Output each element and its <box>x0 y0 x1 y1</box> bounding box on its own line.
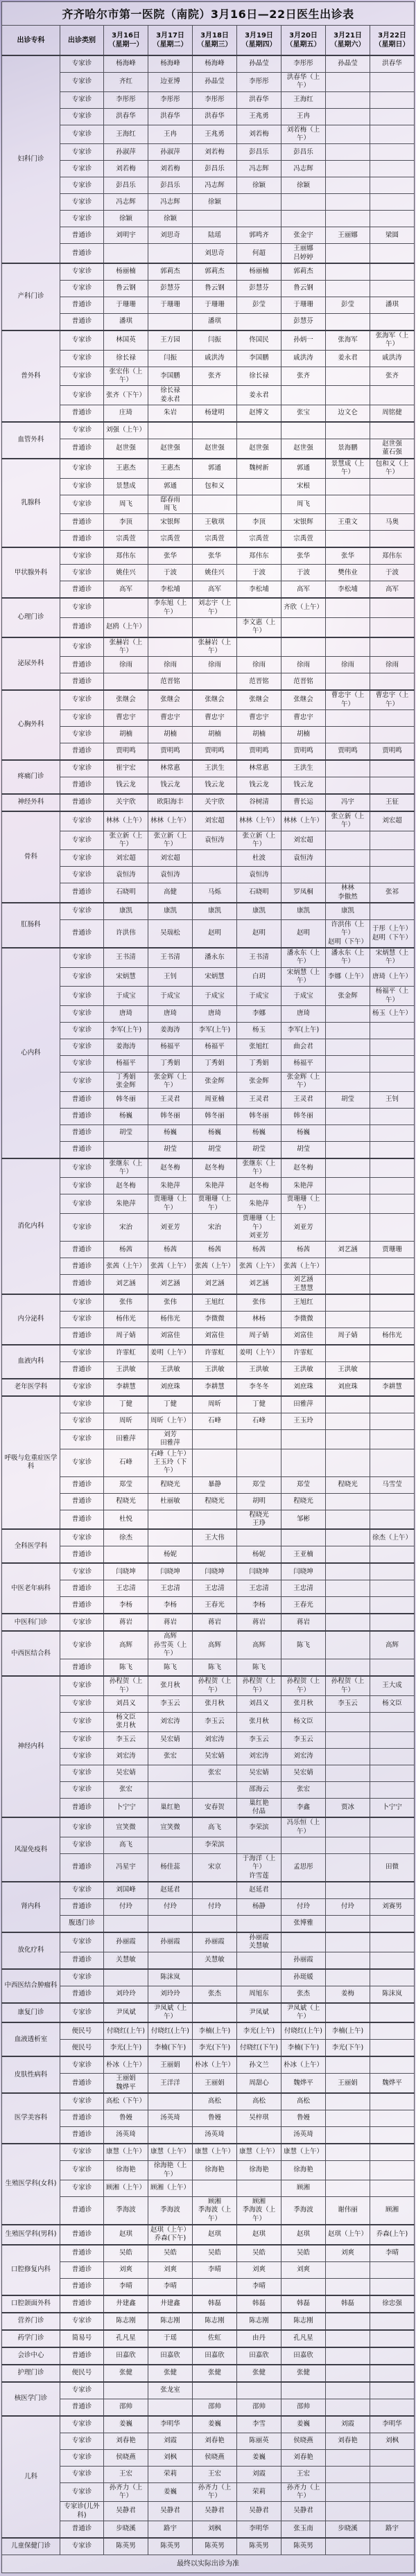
doctor-cell: 宗禹萱 <box>237 531 281 548</box>
department-cell: 药学门诊 <box>2 2330 60 2347</box>
clinic-type-cell: 专家诊 <box>60 2161 104 2180</box>
doctor-cell <box>193 1429 237 1449</box>
doctor-cell: 陈志刚 <box>148 2313 193 2330</box>
clinic-type-cell: 专家诊 <box>60 598 104 617</box>
doctor-cell: 闫晓坤 <box>193 1563 237 1580</box>
department-cell: 血管外科 <box>2 422 60 459</box>
doctor-cell: 胡莹 <box>148 1141 193 1158</box>
clinic-type-cell: 专家诊 <box>60 1614 104 1631</box>
doctor-cell: 卜宁宁 <box>370 1798 415 1817</box>
clinic-type-cell: 专家诊 <box>60 547 104 565</box>
doctor-cell: 刘思奇 <box>148 227 193 244</box>
doctor-cell: 贾珊珊（上午） 刘亚芳 <box>237 1214 281 1242</box>
clinic-type-cell: 普通诊 <box>60 1597 104 1614</box>
doctor-cell <box>370 531 415 548</box>
doctor-cell <box>326 73 370 92</box>
doctor-cell: 刘宏涛 <box>193 1731 237 1748</box>
table-row: 血液透析室便民号付晓红(上午)付晓红(上午)李楠(上午)李光(上午)付晓红(上午… <box>2 2022 415 2040</box>
department-cell: 肛肠科 <box>2 903 60 948</box>
clinic-type-cell: 专家诊 <box>60 2093 104 2110</box>
doctor-cell <box>370 2040 415 2057</box>
table-row: 泌尿外科专家诊张赫岩（上午）张赫岩（上午） <box>2 637 415 657</box>
doctor-cell <box>370 73 415 92</box>
doctor-cell: 姜巍 <box>148 2482 193 2502</box>
doctor-cell: 王洪敏 <box>237 1361 281 1379</box>
doctor-cell <box>326 495 370 514</box>
table-row: 专家诊胡楠胡楠胡楠胡楠胡楠 <box>2 726 415 743</box>
clinic-type-cell: 专家诊 <box>60 760 104 777</box>
doctor-cell: 徐长禄 <box>237 367 281 386</box>
doctor-cell <box>281 2382 326 2399</box>
clinic-type-cell: 专家诊 <box>60 1748 104 1765</box>
table-row: 生殖医学科(女科)专家诊康慧（上午）康慧（上午）康慧（上午）康慧（上午）康慧（上… <box>2 2144 415 2161</box>
doctor-cell: 胡莹 <box>281 1141 326 1158</box>
table-row: 普通诊贾明鸣贾明鸣贾明鸣贾明鸣贾明鸣贾明鸣贾明鸣 <box>2 743 415 760</box>
doctor-cell: 高军 <box>104 581 148 599</box>
doctor-cell: 王丽娜 吕婷婷 <box>281 244 326 263</box>
doctor-cell: 王大伟 <box>193 1529 237 1546</box>
doctor-cell: 付晓红(下午) <box>237 2040 281 2057</box>
clinic-type-cell: 专家诊 <box>60 1882 104 1899</box>
table-row: 专家诊孙齐力（上午）姜巍孙齐力（上午）荣莉孙齐力（上午） <box>2 2482 415 2502</box>
clinic-type-cell: 普通诊 <box>60 1986 104 2003</box>
clinic-type-cell: 专家诊 <box>60 1073 104 1092</box>
doctor-cell <box>281 1529 326 1546</box>
department-cell: 心胸外科 <box>2 690 60 760</box>
doctor-cell: 王洪敏 <box>104 1361 148 1379</box>
doctor-cell <box>370 1731 415 1748</box>
table-row: 普通诊杨巍韩冬丽韩冬丽韩冬丽韩冬丽 <box>2 1108 415 1124</box>
department-cell: 全科医学科 <box>2 1529 60 1563</box>
department-cell: 消化内科 <box>2 1158 60 1294</box>
doctor-cell: 侯晓燕 <box>104 2449 148 2466</box>
doctor-cell <box>326 211 370 227</box>
doctor-cell: 林杨 <box>237 1311 281 1327</box>
doctor-cell: 王洋洋 <box>148 2074 193 2093</box>
doctor-cell: 陈飞 <box>237 1659 281 1677</box>
doctor-cell: 林林（上午） <box>237 811 281 831</box>
doctor-cell: 关宇欣 <box>104 794 148 811</box>
doctor-cell: 程晓光 <box>326 1476 370 1493</box>
department-cell: 神经外科 <box>2 794 60 811</box>
doctor-cell: 于珊珊 <box>148 297 193 314</box>
doctor-cell: 刘庶珠 <box>148 1379 193 1396</box>
doctor-cell: 徐海艳（上午） <box>148 2161 193 2180</box>
doctor-cell <box>148 637 193 657</box>
doctor-cell: 付玲 <box>193 1899 237 1916</box>
doctor-cell: 李荣滨 <box>237 1817 281 1837</box>
doctor-cell: 周甜心 <box>237 2074 281 2093</box>
doctor-cell <box>326 673 370 691</box>
clinic-type-cell: 专家诊 <box>60 1023 104 1039</box>
doctor-cell: 贾冰 <box>326 1798 370 1817</box>
doctor-cell <box>326 2466 370 2482</box>
doctor-cell <box>370 108 415 125</box>
doctor-cell: 赵延君 <box>237 1882 281 1899</box>
doctor-cell <box>281 1837 326 1854</box>
doctor-cell <box>326 637 370 657</box>
doctor-cell: 赵冬梅 <box>281 1158 326 1178</box>
doctor-cell: 刘玲玲 <box>104 1986 148 2003</box>
doctor-cell <box>326 1765 370 1781</box>
doctor-cell: 付晓红(上午) <box>148 2022 193 2040</box>
table-row: 专家诊刘宏超刘宏超杜波袁恒涛 <box>2 850 415 867</box>
doctor-cell: 魏树新 <box>237 459 281 478</box>
doctor-cell <box>281 1449 326 1476</box>
doctor-cell: 宗禹萱 <box>148 531 193 548</box>
doctor-cell: 袁恒涛 <box>148 867 193 883</box>
doctor-cell <box>237 194 281 211</box>
doctor-cell: 刘若梅（上午） <box>281 125 326 144</box>
doctor-cell: 曹忠宇 <box>193 709 237 726</box>
table-row: 专家诊杨文臣 张月秋刘宏涛李玉云张月秋杨文臣 <box>2 1713 415 1732</box>
doctor-cell: 赵鸥（上午） <box>104 617 148 637</box>
footer-row: 最终以实际出诊为准 <box>2 2555 415 2573</box>
doctor-cell <box>148 1510 193 1529</box>
doctor-cell <box>237 1529 281 1546</box>
doctor-cell: 朴冰（上午） <box>281 2056 326 2074</box>
table-row: 内分泌科专家诊张伟张伟王旭红张伟王旭红 <box>2 1294 415 1312</box>
clinic-type-cell: 专家诊 <box>60 850 104 867</box>
doctor-cell <box>281 211 326 227</box>
clinic-type-cell: 专家诊 <box>60 1563 104 1580</box>
department-cell: 风湿免疫科 <box>2 1817 60 1882</box>
doctor-cell <box>326 2449 370 2466</box>
doctor-cell: 李松埔 <box>326 581 370 599</box>
doctor-cell: 鲁嫚 <box>281 2110 326 2127</box>
doctor-cell: 戚洪涛 <box>281 350 326 367</box>
doctor-cell: 于成宝 <box>281 987 326 1006</box>
doctor-cell: 王钊 <box>370 1091 415 1108</box>
doctor-cell: 陈飞 <box>148 1659 193 1677</box>
doctor-cell: 张华 <box>193 547 237 565</box>
doctor-cell <box>237 1969 281 1986</box>
doctor-cell <box>326 1141 370 1158</box>
doctor-cell: 张宏 <box>193 1765 237 1781</box>
doctor-cell: 季海波 <box>104 2196 148 2225</box>
table-row: 产科门诊专家诊杨丽楠郭莉杰郭莉杰杨丽楠郭莉杰 <box>2 263 415 281</box>
department-cell: 内分泌科 <box>2 1294 60 1345</box>
clinic-type-cell: 腹透门诊 <box>60 1916 104 1933</box>
doctor-cell: 王丽娟 <box>148 2056 193 2074</box>
doctor-cell: 闫晓坤 <box>104 1563 148 1580</box>
doctor-cell: 张健 <box>148 2365 193 2382</box>
doctor-cell <box>370 1614 415 1631</box>
table-row: 普通诊李顶宋银辉王敬琪李顶宋银辉王重文马奥 <box>2 514 415 531</box>
doctor-cell: 田嘉欣 <box>193 2347 237 2365</box>
doctor-cell: 邹彬 <box>281 1510 326 1529</box>
department-cell: 血液内科 <box>2 1345 60 1379</box>
table-row: 普通诊卜宁宁巢红艳安春贺巢红艳 付晶李鑫贾冰卜宁宁 <box>2 1798 415 1817</box>
doctor-cell: 孙晶莹 <box>193 73 237 92</box>
doctor-cell: 赵琪 <box>104 2225 148 2245</box>
doctor-cell <box>193 386 237 405</box>
doctor-cell <box>370 1141 415 1158</box>
doctor-cell: 孙晶莹 <box>326 55 370 73</box>
doctor-cell: 汤英琦 <box>193 2127 237 2144</box>
doctor-cell: 杨海峰 <box>104 55 148 73</box>
doctor-cell: 顾湘（上午） <box>104 2180 148 2196</box>
table-row: 普通诊刘明宇刘思奇陆瑶郭鸣齐张金宇王丽娜梁圆 <box>2 227 415 244</box>
doctor-cell: 韩冬丽 <box>193 1108 237 1124</box>
doctor-cell: 王敬琪 <box>193 514 237 531</box>
doctor-cell <box>370 91 415 108</box>
doctor-cell <box>370 1158 415 1178</box>
doctor-cell: 赵世强 董石强 <box>370 439 415 459</box>
department-cell: 中医老年病科 <box>2 1563 60 1614</box>
doctor-cell <box>326 1529 370 1546</box>
doctor-cell <box>370 2056 415 2074</box>
doctor-cell: 杨海峰 <box>148 55 193 73</box>
doctor-cell: 洪春华 <box>237 91 281 108</box>
table-row: 普通诊韩冬丽王灵君周亚楠王灵君王灵君胡莹王钊 <box>2 1091 415 1108</box>
doctor-cell: 张华 <box>148 547 193 565</box>
clinic-type-cell: 普通诊 <box>60 617 104 637</box>
table-row: 专家诊景慧成郭通包和义宋根 <box>2 478 415 495</box>
doctor-cell: 张茜（上午） <box>104 1258 148 1275</box>
department-cell: 口腔修复内科 <box>2 2245 60 2295</box>
doctor-cell: 周子婧 <box>237 1327 281 1345</box>
doctor-cell: 李杨 <box>104 1597 148 1614</box>
clinic-type-cell: 专家诊 <box>60 565 104 581</box>
doctor-cell: 吴静君 <box>281 2502 326 2521</box>
doctor-cell <box>370 2382 415 2399</box>
doctor-cell: 付玲 <box>326 1899 370 1916</box>
doctor-cell: 韩冬丽 <box>148 1108 193 1124</box>
doctor-cell: 刘春艳 <box>104 2433 148 2449</box>
doctor-cell: 张月秋 <box>193 1696 237 1713</box>
clinic-type-cell: 专家诊 <box>60 108 104 125</box>
doctor-cell: 郭通 <box>193 459 237 478</box>
doctor-cell: 田嘉欣 <box>281 2347 326 2365</box>
doctor-cell: 孙珽媛 <box>281 1969 326 1986</box>
doctor-cell: 王惠杰 <box>148 459 193 478</box>
doctor-cell: 欧阳海丰 <box>148 794 193 811</box>
doctor-cell: 王大成 <box>370 1676 415 1695</box>
table-row: 专家诊彭昌乐彭昌乐冯志辉徐颖徐颖 <box>2 177 415 194</box>
doctor-cell: 周铭健 <box>370 405 415 423</box>
clinic-type-cell: 专家诊 <box>60 1039 104 1056</box>
doctor-cell: 宋炳慧 <box>193 967 237 987</box>
doctor-cell <box>370 1124 415 1141</box>
doctor-cell: 刘若梅 <box>193 144 237 161</box>
doctor-cell: 丁秀娟 <box>237 1056 281 1073</box>
clinic-type-cell: 专家诊 <box>60 1731 104 1748</box>
doctor-cell <box>237 1916 281 1933</box>
doctor-cell: 田嘉欣 <box>104 2347 148 2365</box>
doctor-cell <box>104 244 148 263</box>
doctor-cell <box>370 1563 415 1580</box>
clinic-type-cell: 便民号 <box>60 2365 104 2382</box>
department-cell: 神经内科 <box>2 1676 60 1817</box>
doctor-cell <box>370 1510 415 1529</box>
clinic-type-cell: 专家诊 <box>60 967 104 987</box>
doctor-cell: 赵世强 <box>281 439 326 459</box>
doctor-cell <box>370 1311 415 1327</box>
doctor-cell <box>370 1214 415 1242</box>
doctor-cell: 孙程贺（上午） <box>237 1676 281 1695</box>
doctor-cell: 谷树清 <box>237 794 281 811</box>
doctor-cell: 胡明 <box>237 1493 281 1510</box>
department-cell: 泌尿外科 <box>2 637 60 691</box>
doctor-cell: 胡楠 <box>237 726 281 743</box>
doctor-cell <box>370 1073 415 1092</box>
clinic-type-cell: 专家诊 <box>60 1837 104 1854</box>
doctor-cell <box>370 386 415 405</box>
doctor-cell: 陈英男 <box>281 2538 326 2555</box>
doctor-cell: 曹忠宇 <box>148 709 193 726</box>
doctor-cell: 赵琪 <box>193 2225 237 2245</box>
doctor-cell <box>370 1275 415 1294</box>
doctor-cell <box>193 1969 237 1986</box>
doctor-cell: 孔凡星 <box>281 2330 326 2347</box>
doctor-cell: 朱艳萍 <box>193 1178 237 1194</box>
doctor-cell: 袁恒涛 <box>104 867 148 883</box>
table-footer: 最终以实际出诊为准 <box>2 2555 415 2573</box>
doctor-cell: 李鑫 <box>281 1798 326 1817</box>
doctor-cell <box>281 1429 326 1449</box>
doctor-cell <box>326 1713 370 1732</box>
doctor-cell <box>370 1449 415 1476</box>
doctor-cell: 张健 <box>193 2365 237 2382</box>
doctor-cell: 赵冬梅 <box>148 1158 193 1178</box>
table-row: 普通诊刘爽刘爽李晴刘爽刘爽 <box>2 2261 415 2278</box>
doctor-cell: 张伟 <box>104 1294 148 1312</box>
doctor-cell <box>370 194 415 211</box>
doctor-cell: 李荣滨 <box>193 1837 237 1854</box>
doctor-cell: 张健 <box>237 2365 281 2382</box>
doctor-cell: 胡莹 <box>193 1141 237 1158</box>
doctor-cell: 范晋铭 <box>237 673 281 691</box>
table-row: 普通诊于珊珊于珊珊于珊珊彭莹于珊珊彭莹潘琪 <box>2 297 415 314</box>
table-row: 便民号李光(上午)李楠(下午)李光(下午)付晓红(下午)李楠(下午)李光(下午) <box>2 2040 415 2057</box>
doctor-cell: 张宏 <box>281 1781 326 1798</box>
doctor-cell: 彭昌乐 <box>104 177 148 194</box>
doctor-cell: 王灵君 <box>237 1091 281 1108</box>
doctor-cell: 刘国峰 <box>104 1882 148 1899</box>
doctor-cell <box>326 422 370 439</box>
doctor-cell: 顾湘 <box>281 2180 326 2196</box>
doctor-cell: 关宇欣 <box>193 794 237 811</box>
department-cell: 乳腺科 <box>2 459 60 547</box>
doctor-cell: 孙程贺（上午） <box>104 1676 148 1695</box>
doctor-cell: 高松 <box>237 2093 281 2110</box>
table-row: 普通诊宗禹萱宗禹萱宗禹萱宗禹萱宗禹萱 <box>2 531 415 548</box>
table-row: 专家诊李军(上午)姜海涛李军(上午)杨玉李军(上午) <box>2 1023 415 1039</box>
doctor-cell <box>370 125 415 144</box>
doctor-cell: 姜巍 <box>281 2416 326 2433</box>
doctor-cell <box>104 673 148 691</box>
doctor-cell: 杨茜 <box>148 1242 193 1258</box>
doctor-cell: 丁健 <box>104 1396 148 1413</box>
doctor-cell: 高辉 <box>237 1631 281 1659</box>
doctor-cell: 由丹 <box>237 2330 281 2347</box>
doctor-cell: 徐长禄 姜永君 <box>148 386 193 405</box>
clinic-type-cell: 普通诊 <box>60 1361 104 1379</box>
doctor-cell <box>326 1952 370 1969</box>
doctor-cell: 石峰 <box>237 1413 281 1429</box>
clinic-type-cell: 专家诊 <box>60 125 104 144</box>
doctor-cell: 杨巍 <box>148 1124 193 1141</box>
doctor-cell: 钱云龙 <box>104 777 148 794</box>
doctor-cell: 高健 <box>148 883 193 903</box>
table-row: 普通诊杨妮杨妮王亚楠 <box>2 1546 415 1564</box>
doctor-cell: 李娜 <box>237 1006 281 1023</box>
doctor-cell <box>370 2330 415 2347</box>
doctor-cell <box>104 1969 148 1986</box>
doctor-cell <box>370 1294 415 1312</box>
doctor-cell: 曹忠宇（上午） <box>326 690 370 709</box>
department-cell: 肾内科 <box>2 1882 60 1932</box>
doctor-cell: 于海洋（上午） 许雪莲 <box>237 1854 281 1882</box>
doctor-cell <box>326 709 370 726</box>
clinic-type-cell: 普通诊 <box>60 1798 104 1817</box>
doctor-cell: 宣笑微 <box>148 1817 193 1837</box>
clinic-type-cell: 普通诊 <box>60 1510 104 1529</box>
doctor-cell <box>326 1258 370 1275</box>
doctor-cell: 许霏虹 <box>193 1345 237 1362</box>
doctor-cell <box>281 194 326 211</box>
doctor-cell: 徐杰 <box>104 1529 148 1546</box>
doctor-cell <box>370 867 415 883</box>
doctor-cell: 徐颖 <box>104 211 148 227</box>
doctor-cell: 刘宏超 <box>148 850 193 867</box>
doctor-cell: 陈志刚 <box>193 2313 237 2330</box>
doctor-cell: 刘强（上午） <box>104 422 148 439</box>
doctor-cell <box>370 1023 415 1039</box>
doctor-cell: 石晓明 <box>104 883 148 903</box>
table-row: 乳腺科专家诊王惠杰王惠杰郭通魏树新郭通景慧成（上午）包和义（上午） <box>2 459 415 478</box>
doctor-cell: 王洪生 <box>193 760 237 777</box>
doctor-cell <box>326 244 370 263</box>
doctor-cell: 林林（上午） <box>281 811 326 831</box>
doctor-cell: 周飞 <box>104 495 148 514</box>
doctor-cell: 步晓溪 <box>326 2521 370 2538</box>
doctor-cell <box>370 2482 415 2502</box>
table-row: 风湿免疫科专家诊宣笑微宣笑微高飞李荣滨冯乐恒（上午） <box>2 1817 415 1837</box>
table-row: 普通诊赵世强赵世强赵世强赵世强赵世强景海鹏赵世强 董石强 <box>2 439 415 459</box>
doctor-cell: 张赫岩（上午） <box>193 637 237 657</box>
doctor-cell <box>193 2278 237 2295</box>
table-row: 专家诊袁恒涛袁恒涛袁恒涛 <box>2 867 415 883</box>
doctor-cell: 冯宇 <box>326 794 370 811</box>
doctor-cell <box>326 91 370 108</box>
clinic-type-cell: 便民号 <box>60 2040 104 2057</box>
column-header: 3月20日 （星期五） <box>281 26 326 56</box>
doctor-cell: 李军(上午) <box>104 1023 148 1039</box>
doctor-cell: 王洪生 <box>281 760 326 777</box>
doctor-cell: 胡楠 <box>281 726 326 743</box>
doctor-cell: 吴静君 <box>237 2502 281 2521</box>
doctor-cell <box>326 1546 370 1564</box>
doctor-cell <box>370 1039 415 1056</box>
table-row: 老年医学科专家诊李耕慧刘庶珠李耕慧李冬冬刘庶珠刘庶珠李耕慧 <box>2 1379 415 1396</box>
table-row: 专家诊于成宝于成宝于成宝于成宝于成宝张金辉杨福平（上午） <box>2 987 415 1006</box>
doctor-cell: 程晓光 <box>193 1493 237 1510</box>
doctor-cell: 李晴 <box>237 2278 281 2295</box>
doctor-cell: 胡楠 <box>148 726 193 743</box>
doctor-cell: 杨茜 <box>104 1242 148 1258</box>
doctor-cell: 刘霞 <box>148 2433 193 2449</box>
doctor-cell: 王书清 <box>237 948 281 967</box>
doctor-cell: 罗凤桐 <box>281 883 326 903</box>
doctor-cell <box>193 1916 237 1933</box>
doctor-cell: 田嘉欣 <box>148 2347 193 2365</box>
doctor-cell: 张立新（上午） <box>326 811 370 831</box>
table-row: 普通诊钱云龙钱云龙钱云龙钱云龙钱云龙 <box>2 777 415 794</box>
doctor-cell: 张继会 <box>104 690 148 709</box>
doctor-cell: 石峰（上午） 王玉玲（下午） <box>148 1449 193 1476</box>
